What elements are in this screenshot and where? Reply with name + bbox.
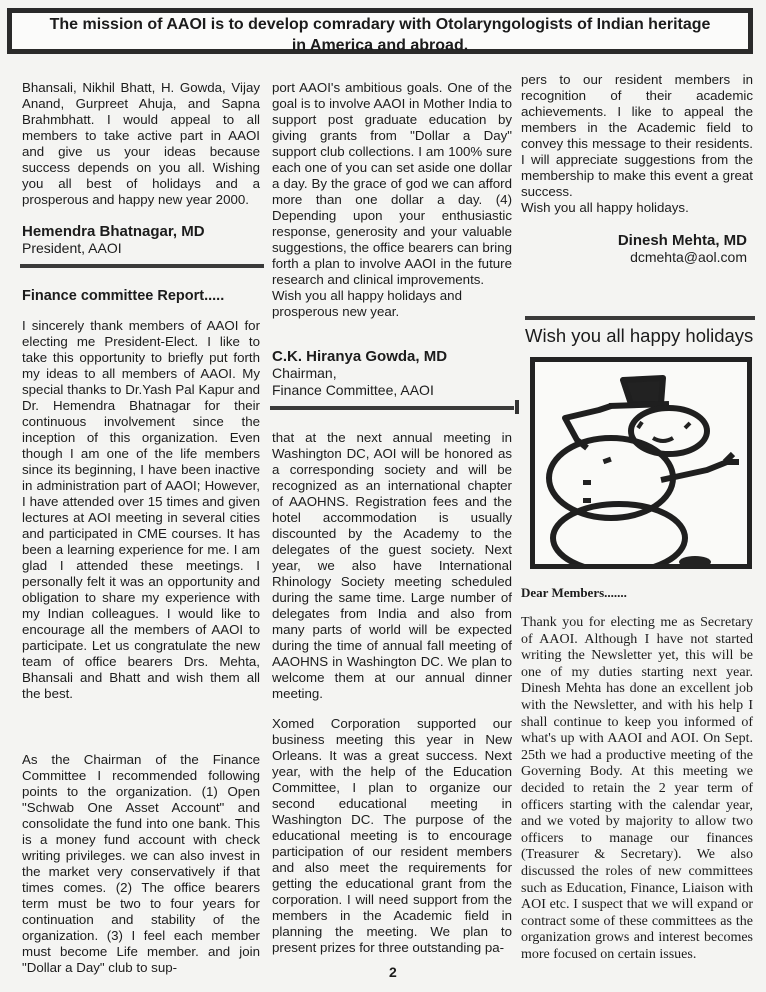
mission-line-2: in America and abroad. bbox=[12, 35, 748, 56]
finance-signature: C.K. Hiranya Gowda, MD Chairman, Finance… bbox=[272, 349, 512, 399]
president-letter-text: Bhansali, Nikhil Bhatt, H. Gowda, Vijay … bbox=[22, 80, 260, 208]
finance-closing: Wish you all happy holidays and prospero… bbox=[272, 288, 512, 320]
mission-line-1: The mission of AAOI is to develop comrad… bbox=[12, 14, 748, 35]
finance-chair-title-2: Finance Committee, AAOI bbox=[272, 382, 512, 399]
xomed-text: Xomed Corporation supported our business… bbox=[272, 716, 512, 956]
academic-text: pers to our resident members in recognit… bbox=[521, 72, 753, 216]
academic-closing: Wish you all happy holidays. bbox=[521, 200, 753, 216]
annual-meeting-p1: that at the next annual meeting in Washi… bbox=[272, 430, 512, 702]
secretary-letter: Thank you for electing me as Secretary o… bbox=[521, 615, 753, 963]
holiday-title: Wish you all happy holidays bbox=[525, 325, 757, 347]
divider-rule bbox=[525, 316, 755, 320]
finance-report-continued: port AAOI's ambitious goals. One of the … bbox=[272, 80, 512, 320]
finance-chair-name: C.K. Hiranya Gowda, MD bbox=[272, 349, 512, 365]
finance-heading: Finance committee Report..... bbox=[22, 288, 224, 304]
finance-p1-text: I sincerely thank members of AAOI for el… bbox=[22, 318, 260, 702]
finance-report-p2: As the Chairman of the Finance Committee… bbox=[22, 752, 260, 976]
finance-p2-text: As the Chairman of the Finance Committee… bbox=[22, 752, 260, 976]
secretary-heading: Dear Members....... bbox=[521, 585, 753, 602]
annual-meeting-text: that at the next annual meeting in Washi… bbox=[272, 430, 512, 702]
president-name: Hemendra Bhatnagar, MD bbox=[22, 224, 260, 240]
mission-banner: The mission of AAOI is to develop comrad… bbox=[7, 8, 753, 54]
mehta-email: dcmehta@aol.com bbox=[521, 249, 747, 266]
mehta-name: Dinesh Mehta, MD bbox=[521, 233, 747, 249]
divider-rule bbox=[270, 406, 514, 410]
finance-cont-text: port AAOI's ambitious goals. One of the … bbox=[272, 80, 512, 288]
snowman-illustration bbox=[530, 357, 752, 569]
president-signature: Hemendra Bhatnagar, MD President, AAOI bbox=[22, 224, 260, 257]
page-number: 2 bbox=[389, 964, 397, 980]
president-letter-end: Bhansali, Nikhil Bhatt, H. Gowda, Vijay … bbox=[22, 80, 260, 208]
divider-rule bbox=[20, 264, 264, 268]
column-mark bbox=[515, 400, 519, 414]
snowman-icon bbox=[535, 362, 747, 564]
mehta-signature: Dinesh Mehta, MD dcmehta@aol.com bbox=[521, 233, 747, 266]
academic-cont: pers to our resident members in recognit… bbox=[521, 72, 753, 200]
finance-report-p1: I sincerely thank members of AAOI for el… bbox=[22, 318, 260, 702]
secretary-text: Thank you for electing me as Secretary o… bbox=[521, 615, 753, 963]
president-title: President, AAOI bbox=[22, 240, 260, 257]
finance-chair-title-1: Chairman, bbox=[272, 365, 512, 382]
xomed-p2: Xomed Corporation supported our business… bbox=[272, 716, 512, 956]
